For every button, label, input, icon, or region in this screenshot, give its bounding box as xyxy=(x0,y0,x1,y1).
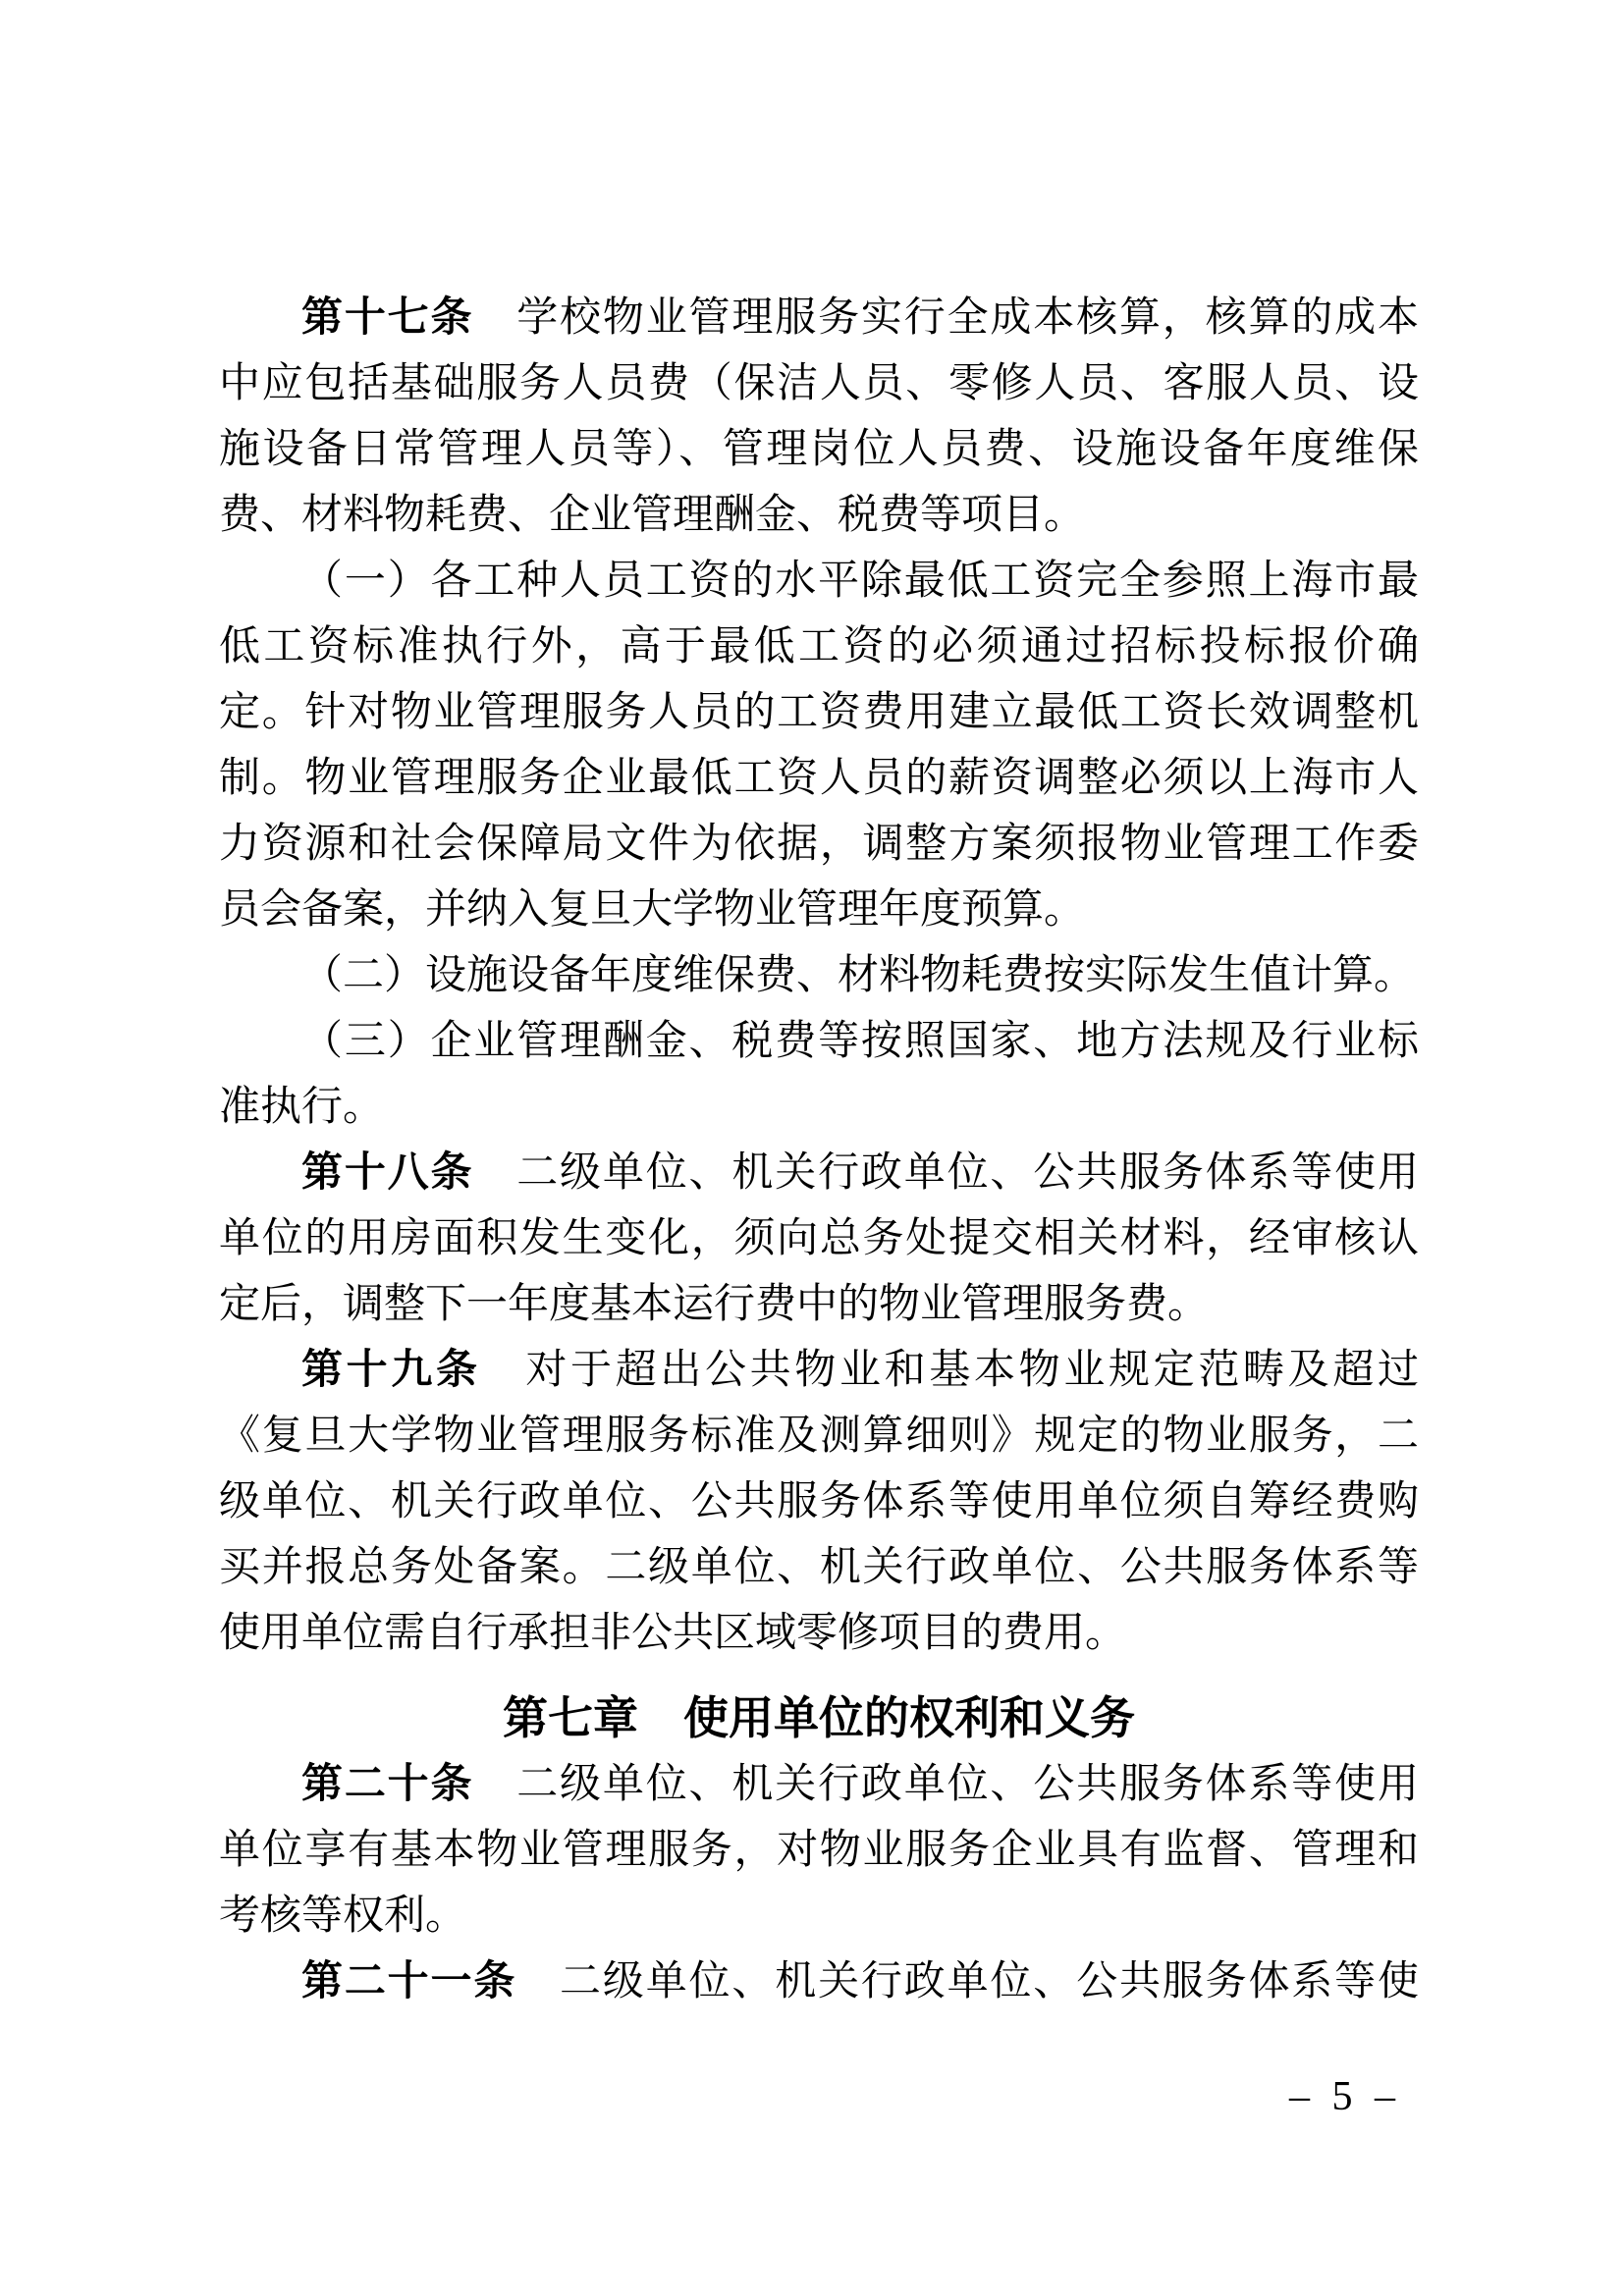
document-line: 费、材料物耗费、企业管理酬金、税费等项目。 xyxy=(219,483,1419,549)
document-line: 单位享有基本物业管理服务，对物业服务企业具有监督、管理和 xyxy=(219,1818,1419,1884)
document-line: 力资源和社会保障局文件为依据，调整方案须报物业管理工作委 xyxy=(219,812,1419,878)
chapter-heading: 第七章 使用单位的权利和义务 xyxy=(219,1683,1419,1752)
document-line: 第二十条 二级单位、机关行政单位、公共服务体系等使用 xyxy=(219,1752,1419,1818)
line-text: 定。针对物业管理服务人员的工资费用建立最低工资长效调整机 xyxy=(219,690,1419,735)
line-text: 制。物业管理服务企业最低工资人员的薪资调整必须以上海市人 xyxy=(219,756,1419,801)
document-page: 第十七条 学校物业管理服务实行全成本核算，核算的成本中应包括基础服务人员费（保洁… xyxy=(0,0,1624,2296)
line-text: 学校物业管理服务实行全成本核算，核算的成本 xyxy=(473,295,1419,341)
document-body: 第十七条 学校物业管理服务实行全成本核算，核算的成本中应包括基础服务人员费（保洁… xyxy=(219,286,1419,2015)
document-line: 制。物业管理服务企业最低工资人员的薪资调整必须以上海市人 xyxy=(219,746,1419,812)
line-text: 单位享有基本物业管理服务，对物业服务企业具有监督、管理和 xyxy=(219,1828,1419,1873)
document-line: 买并报总务处备案。二级单位、机关行政单位、公共服务体系等 xyxy=(219,1535,1419,1601)
document-line: 第十八条 二级单位、机关行政单位、公共服务体系等使用 xyxy=(219,1141,1419,1206)
document-line: 定后，调整下一年度基本运行费中的物业管理服务费。 xyxy=(219,1272,1419,1338)
document-line: （二）设施设备年度维保费、材料物耗费按实际发生值计算。 xyxy=(219,943,1419,1009)
line-text: 力资源和社会保障局文件为依据，调整方案须报物业管理工作委 xyxy=(219,822,1419,867)
document-line: 《复旦大学物业管理服务标准及测算细则》规定的物业服务，二 xyxy=(219,1404,1419,1469)
line-text: 使用单位需自行承担非公共区域零修项目的费用。 xyxy=(219,1611,1126,1656)
line-text: 准执行。 xyxy=(219,1085,384,1130)
line-text: 低工资标准执行外，高于最低工资的必须通过招标投标报价确 xyxy=(219,624,1419,669)
line-text: 二级单位、机关行政单位、公共服务体系等使用 xyxy=(473,1150,1419,1196)
document-line: 第十九条 对于超出公共物业和基本物业规定范畴及超过 xyxy=(219,1338,1419,1404)
line-text: 二级单位、机关行政单位、公共服务体系等使 xyxy=(516,1959,1419,2004)
article-number: 第十八条 xyxy=(301,1150,473,1196)
document-line: 使用单位需自行承担非公共区域零修项目的费用。 xyxy=(219,1601,1419,1667)
document-line: 定。针对物业管理服务人员的工资费用建立最低工资长效调整机 xyxy=(219,680,1419,746)
line-text: 考核等权利。 xyxy=(219,1894,466,1939)
article-number: 第十七条 xyxy=(301,295,473,341)
line-text: （二）设施设备年度维保费、材料物耗费按实际发生值计算。 xyxy=(301,953,1415,998)
line-text: 二级单位、机关行政单位、公共服务体系等使用 xyxy=(473,1762,1419,1807)
document-line: 准执行。 xyxy=(219,1075,1419,1141)
document-line: 第十七条 学校物业管理服务实行全成本核算，核算的成本 xyxy=(219,286,1419,351)
document-line: 中应包括基础服务人员费（保洁人员、零修人员、客服人员、设 xyxy=(219,351,1419,417)
line-text: 费、材料物耗费、企业管理酬金、税费等项目。 xyxy=(219,493,1085,538)
document-line: 单位的用房面积发生变化，须向总务处提交相关材料，经审核认 xyxy=(219,1206,1419,1272)
document-line: （一）各工种人员工资的水平除最低工资完全参照上海市最 xyxy=(219,549,1419,614)
line-text: 《复旦大学物业管理服务标准及测算细则》规定的物业服务，二 xyxy=(219,1414,1419,1459)
article-number: 第二十条 xyxy=(301,1762,473,1807)
document-line: 低工资标准执行外，高于最低工资的必须通过招标投标报价确 xyxy=(219,614,1419,680)
document-line: 第二十一条 二级单位、机关行政单位、公共服务体系等使 xyxy=(219,1949,1419,2015)
line-text: 员会备案，并纳入复旦大学物业管理年度预算。 xyxy=(219,887,1085,933)
line-text: 对于超出公共物业和基本物业规定范畴及超过 xyxy=(481,1348,1419,1393)
line-text: 买并报总务处备案。二级单位、机关行政单位、公共服务体系等 xyxy=(219,1545,1419,1590)
line-text: 施设备日常管理人员等）、管理岗位人员费、设施设备年度维保 xyxy=(219,427,1419,472)
document-line: 考核等权利。 xyxy=(219,1884,1419,1949)
document-line: 员会备案，并纳入复旦大学物业管理年度预算。 xyxy=(219,878,1419,943)
document-line: 级单位、机关行政单位、公共服务体系等使用单位须自筹经费购 xyxy=(219,1469,1419,1535)
line-text: （三）企业管理酬金、税费等按照国家、地方法规及行业标 xyxy=(301,1019,1419,1064)
article-number: 第二十一条 xyxy=(301,1959,516,2004)
document-line: （三）企业管理酬金、税费等按照国家、地方法规及行业标 xyxy=(219,1009,1419,1075)
line-text: 中应包括基础服务人员费（保洁人员、零修人员、客服人员、设 xyxy=(219,361,1419,406)
line-text: 级单位、机关行政单位、公共服务体系等使用单位须自筹经费购 xyxy=(219,1479,1419,1524)
article-number: 第十九条 xyxy=(301,1348,481,1393)
line-text: 单位的用房面积发生变化，须向总务处提交相关材料，经审核认 xyxy=(219,1216,1419,1261)
document-line: 施设备日常管理人员等）、管理岗位人员费、设施设备年度维保 xyxy=(219,417,1419,483)
line-text: （一）各工种人员工资的水平除最低工资完全参照上海市最 xyxy=(301,559,1419,604)
line-text: 定后，调整下一年度基本运行费中的物业管理服务费。 xyxy=(219,1282,1209,1327)
page-number: – 5 – xyxy=(1276,2067,1414,2126)
